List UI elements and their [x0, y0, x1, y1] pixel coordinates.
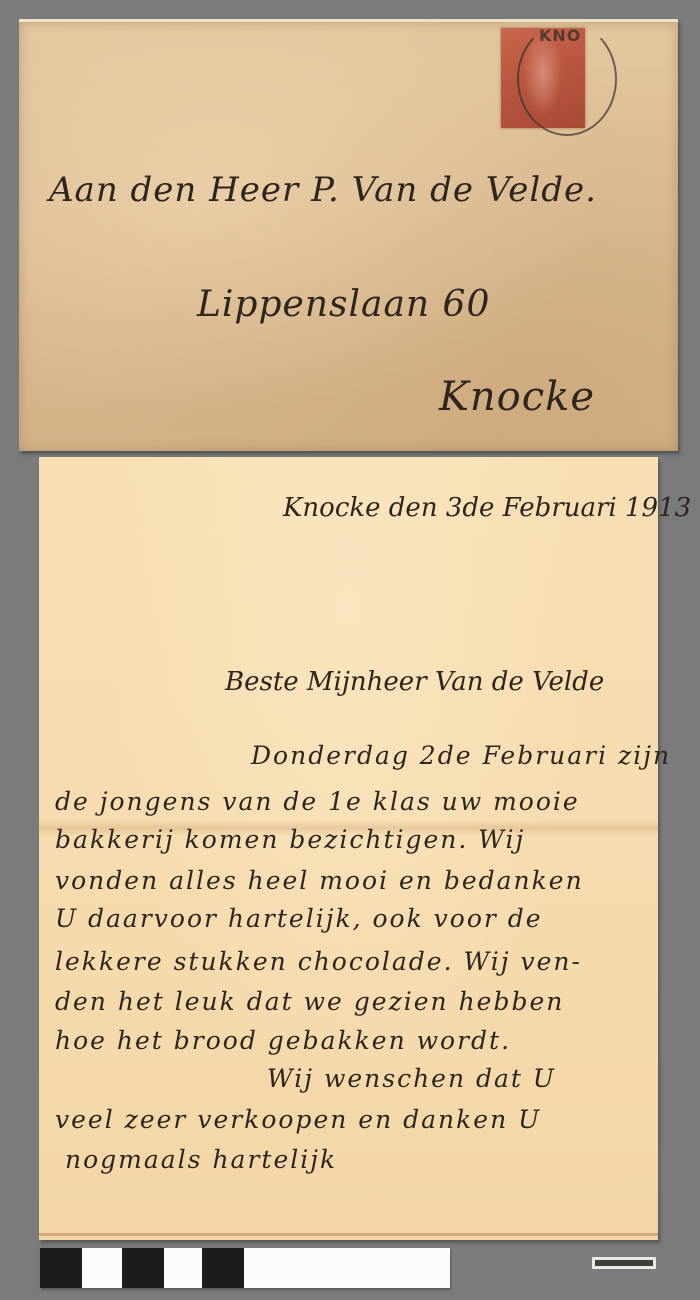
address-city: Knocke: [439, 374, 595, 420]
letter-line: Donderdag 2de Februari zijn: [251, 741, 671, 770]
letter-line: Wij wenschen dat U: [267, 1064, 556, 1093]
letter-line: den het leuk dat we gezien hebben: [55, 987, 564, 1016]
envelope: KNO Aan den Heer P. Van de Velde. Lippen…: [19, 19, 678, 451]
scale-segment-black: [202, 1248, 244, 1288]
reference-bar: [592, 1257, 656, 1269]
letter-line: U daarvoor hartelijk, ook voor de: [55, 904, 543, 933]
reference-bar-fill: [595, 1260, 653, 1266]
address-street: Lippenslaan 60: [197, 284, 490, 325]
letter-date: Knocke den 3de Februari 1913: [283, 493, 691, 523]
scale-segment-white: [164, 1248, 202, 1288]
letter-page: Knocke den 3de Februari 1913 Beste Mijnh…: [39, 457, 658, 1240]
letter-line: lekkere stukken chocolade. Wij ven-: [55, 947, 582, 976]
scale-bar: [40, 1248, 450, 1288]
scale-segment-black: [122, 1248, 164, 1288]
letter-line: vonden alles heel mooi en bedanken: [55, 866, 584, 895]
address-recipient: Aan den Heer P. Van de Velde.: [49, 170, 597, 210]
scale-segment-white: [82, 1248, 122, 1288]
scale-segment-black: [40, 1248, 82, 1288]
letter-line: bakkerij komen bezichtigen. Wij: [55, 825, 525, 854]
postmark-text: KNO: [539, 26, 581, 45]
letter-greeting: Beste Mijnheer Van de Velde: [225, 667, 604, 697]
paper-torn-edge: [39, 1233, 658, 1236]
letter-line: hoe het brood gebakken wordt.: [55, 1026, 511, 1055]
letter-line: nogmaals hartelijk: [65, 1145, 337, 1174]
letter-line: veel zeer verkoopen en danken U: [55, 1105, 541, 1134]
scale-segment-white: [244, 1248, 450, 1288]
letter-line: de jongens van de 1e klas uw mooie: [55, 787, 580, 816]
